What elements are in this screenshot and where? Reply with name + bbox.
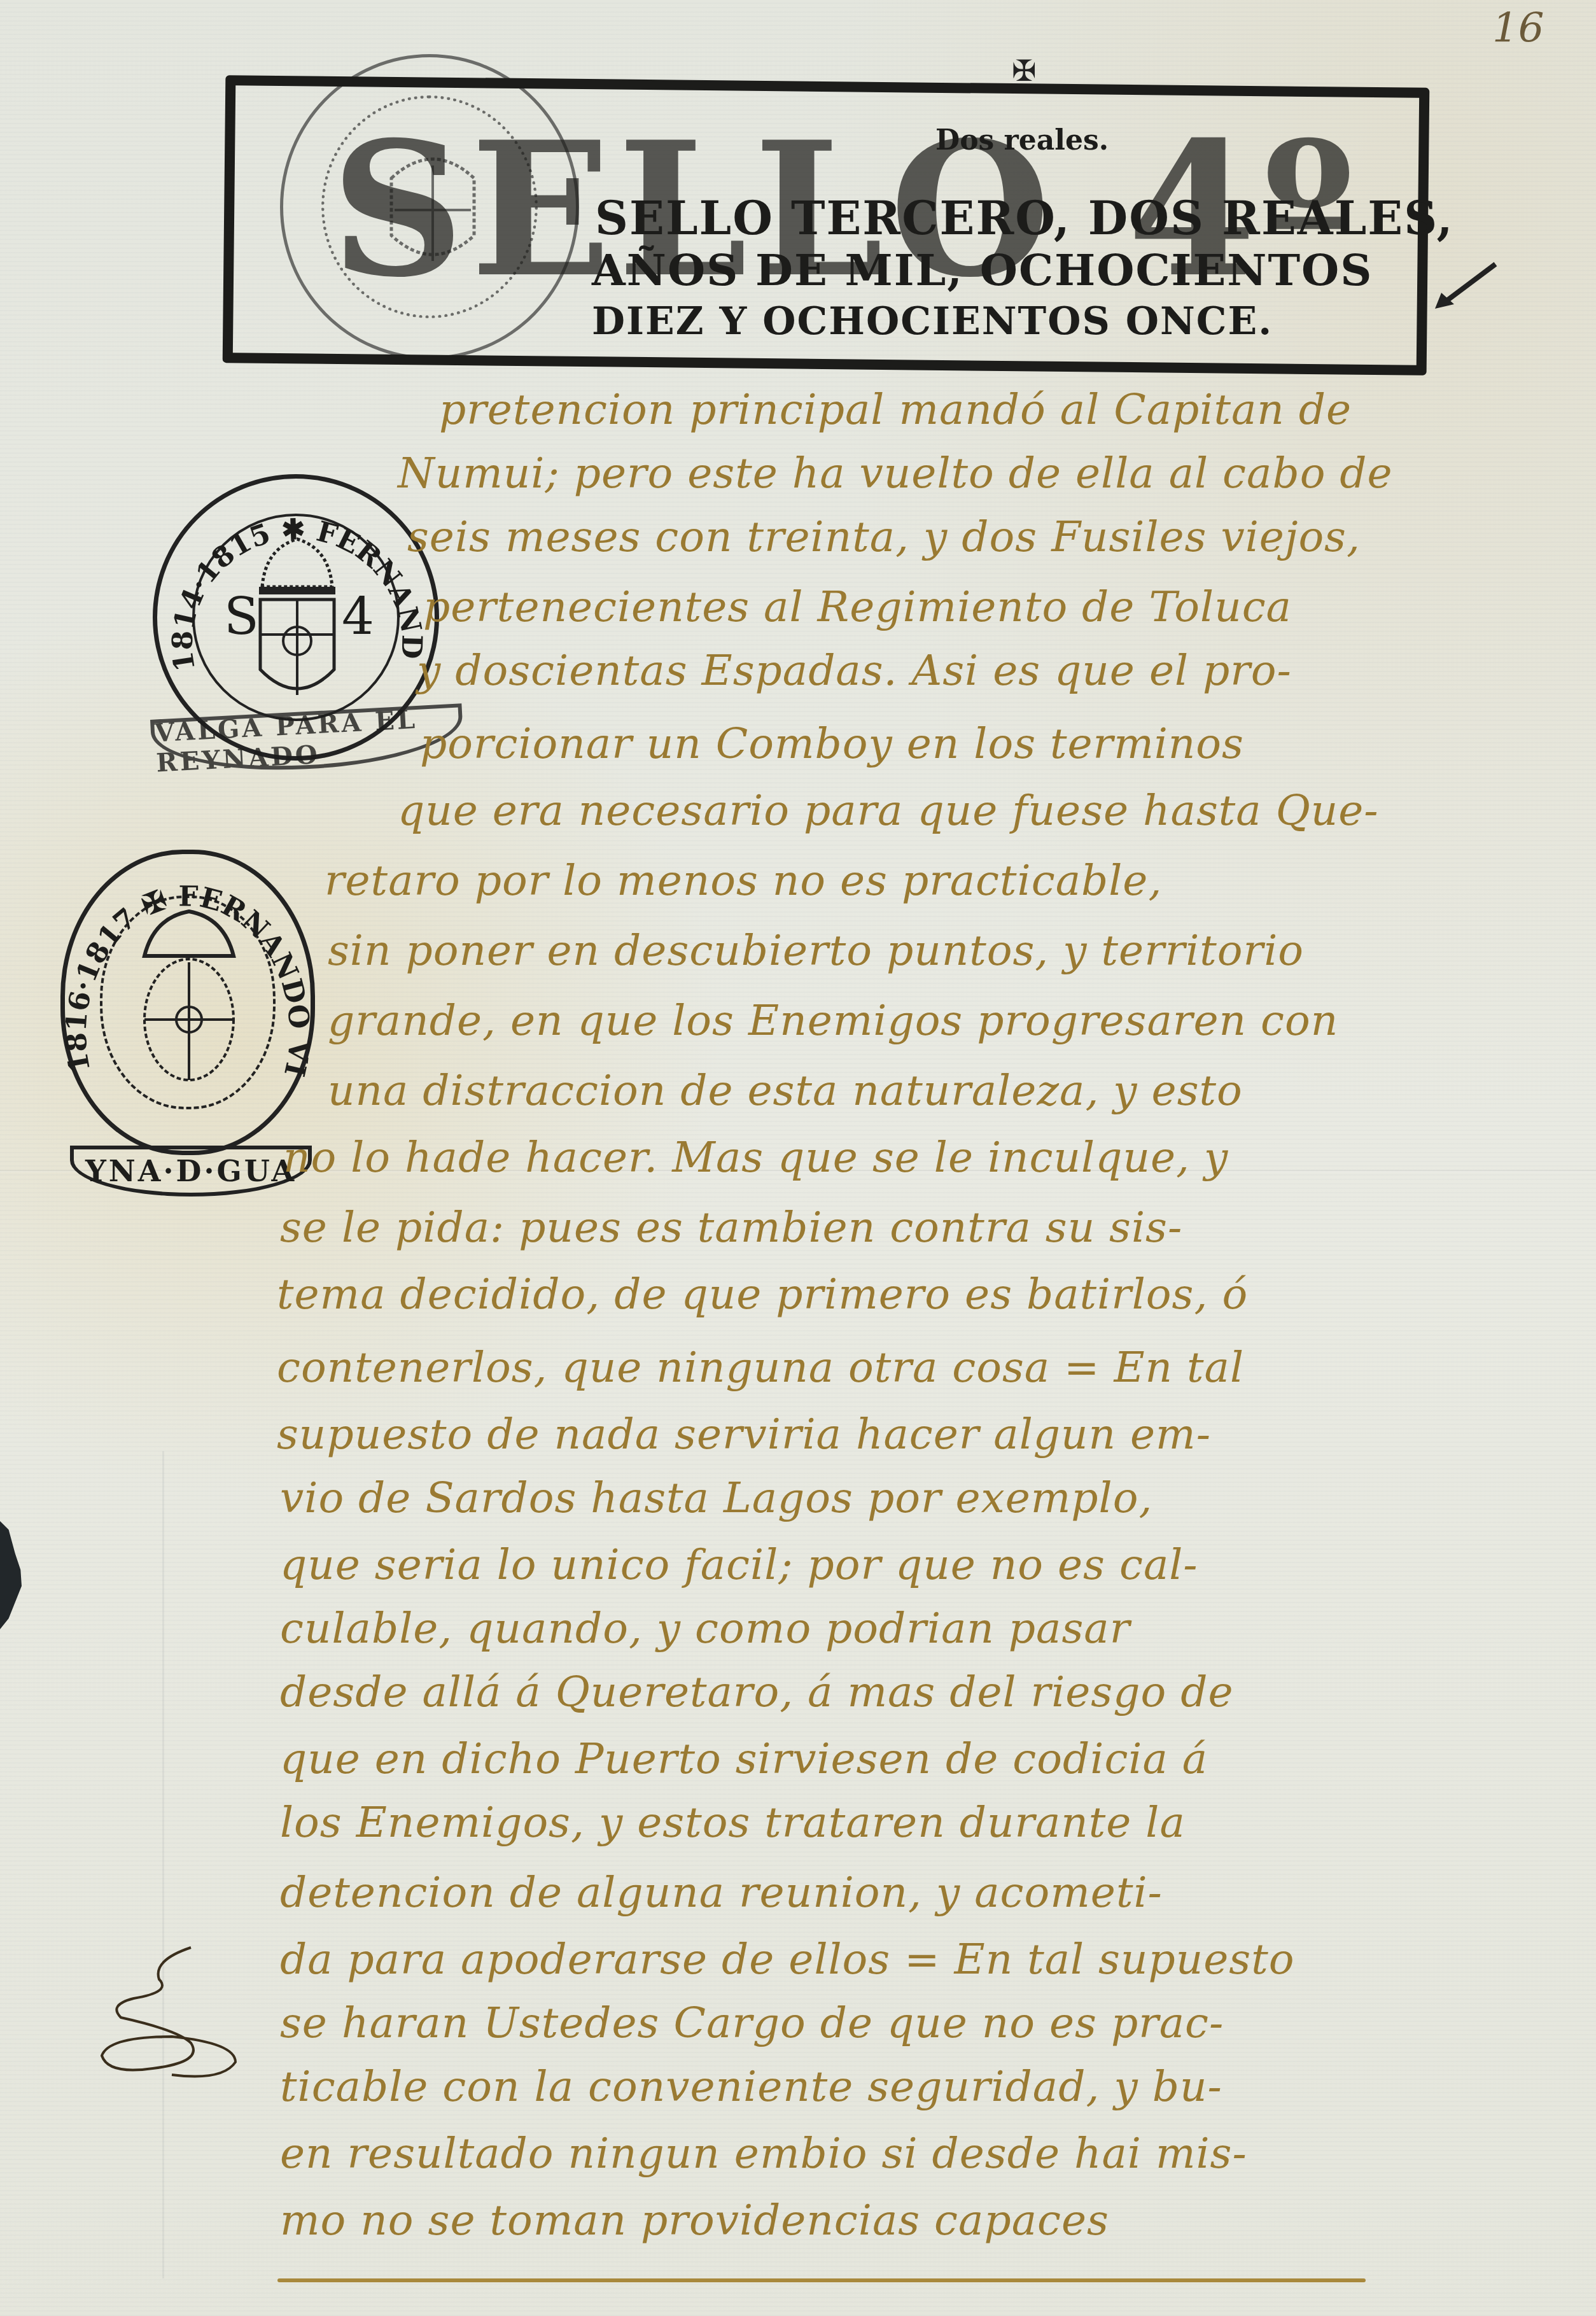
fernando-1817-stamp: 1816·1817 ✠ FERNANDO VII·D·G·ESPAÑA xyxy=(60,850,315,1155)
manuscript-line: no lo hade hacer. Mas que se le inculque… xyxy=(283,1133,1228,1182)
manuscript-line: se haran Ustedes Cargo de que no es prac… xyxy=(280,1998,1224,2047)
manuscript-line: vio de Sardos hasta Lagos por exemplo, xyxy=(280,1473,1152,1522)
manuscript-line: se le pida: pues es tambien contra su si… xyxy=(280,1203,1182,1252)
manuscript-line: pertenecientes al Regimiento de Toluca xyxy=(423,582,1292,631)
manuscript-line: contenerlos, que ninguna otra cosa = En … xyxy=(277,1343,1244,1392)
crown-and-shield-icon xyxy=(253,530,342,708)
manuscript-line: seis meses con treinta, y dos Fusiles vi… xyxy=(407,512,1361,561)
manuscript-line: retaro por lo menos no es practicable, xyxy=(325,856,1162,905)
seal-line-2: AÑOS DE MIL, OCHOCIENTOS xyxy=(592,245,1373,296)
seal-line-1: SELLO TERCERO, DOS REALES, xyxy=(595,191,1454,245)
arrow-pointing-left-icon xyxy=(1435,261,1499,312)
manuscript-line: porcionar un Comboy en los terminos xyxy=(420,719,1244,768)
manuscript-line: grande, en que los Enemigos progresaren … xyxy=(328,996,1338,1045)
manuscript-line: que era necesario para que fuese hasta Q… xyxy=(398,786,1379,835)
manuscript-line: sin poner en descubierto puntos, y terri… xyxy=(328,926,1304,975)
manuscript-line: pretencion principal mandó al Capitan de xyxy=(439,385,1352,434)
seal-line-3: DIEZ Y OCHOCIENTOS ONCE. xyxy=(592,299,1273,344)
manuscript-line: en resultado ningun embio si desde hai m… xyxy=(280,2129,1247,2178)
manuscript-line: detencion de alguna reunion, y acometi- xyxy=(280,1868,1163,1917)
manuscript-line: tema decidido, de que primero es batirlo… xyxy=(277,1270,1248,1319)
manuscript-line: Numui; pero este ha vuelto de ella al ca… xyxy=(398,449,1393,498)
vertical-fold-crease xyxy=(162,1451,164,2278)
manuscript-line: desde allá á Queretaro, á mas del riesgo… xyxy=(280,1667,1233,1716)
manuscript-line: culable, quando, y como podrian pasar xyxy=(280,1604,1130,1653)
manuscript-line: ticable con la conveniente seguridad, y … xyxy=(280,2062,1222,2111)
rubric-flourish-icon xyxy=(95,1941,248,2094)
manuscript-line: que seria lo unico facil; por que no es … xyxy=(280,1540,1198,1589)
closing-underline-rule xyxy=(277,2278,1366,2282)
manuscript-line: una distraccion de esta naturaleza, y es… xyxy=(328,1066,1243,1115)
manuscript-line: los Enemigos, y estos trataren durante l… xyxy=(280,1798,1186,1847)
manuscript-line: mo no se toman providencias capaces xyxy=(280,2196,1109,2245)
stamp-right-label: 4 xyxy=(342,587,374,646)
folio-number: 16 xyxy=(1492,5,1544,52)
seal-denomination: Dos reales. xyxy=(935,124,1109,157)
manuscript-line: supuesto de nada serviria hacer algun em… xyxy=(277,1410,1211,1459)
cross-icon: ✠ xyxy=(1012,56,1037,85)
manuscript-line: y doscientas Espadas. Asi es que el pro- xyxy=(417,646,1292,695)
crown-and-oval-shield-icon xyxy=(135,905,243,1090)
manuscript-line: que en dicho Puerto sirviesen de codicia… xyxy=(280,1734,1208,1783)
manuscript-line: da para apoderarse de ellos = En tal sup… xyxy=(280,1935,1294,1984)
